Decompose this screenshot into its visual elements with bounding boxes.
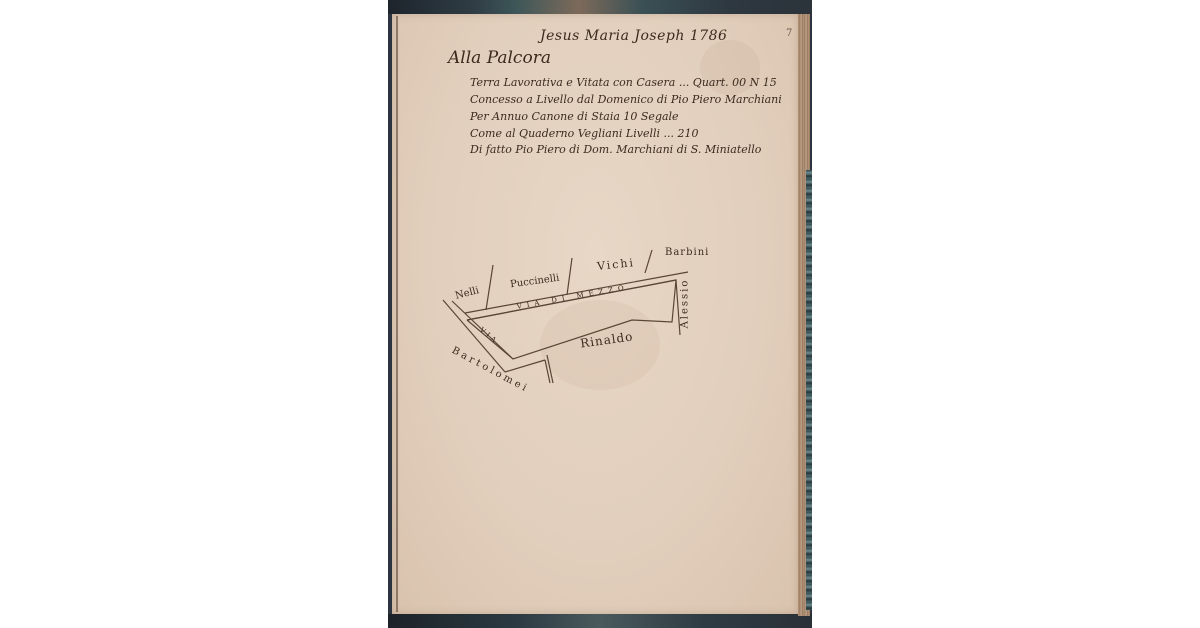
parcel-map (0, 0, 1200, 628)
neighbor-label-barbini: Barbini (665, 247, 709, 258)
neighbor-label-alessio: Alessio (679, 279, 690, 329)
